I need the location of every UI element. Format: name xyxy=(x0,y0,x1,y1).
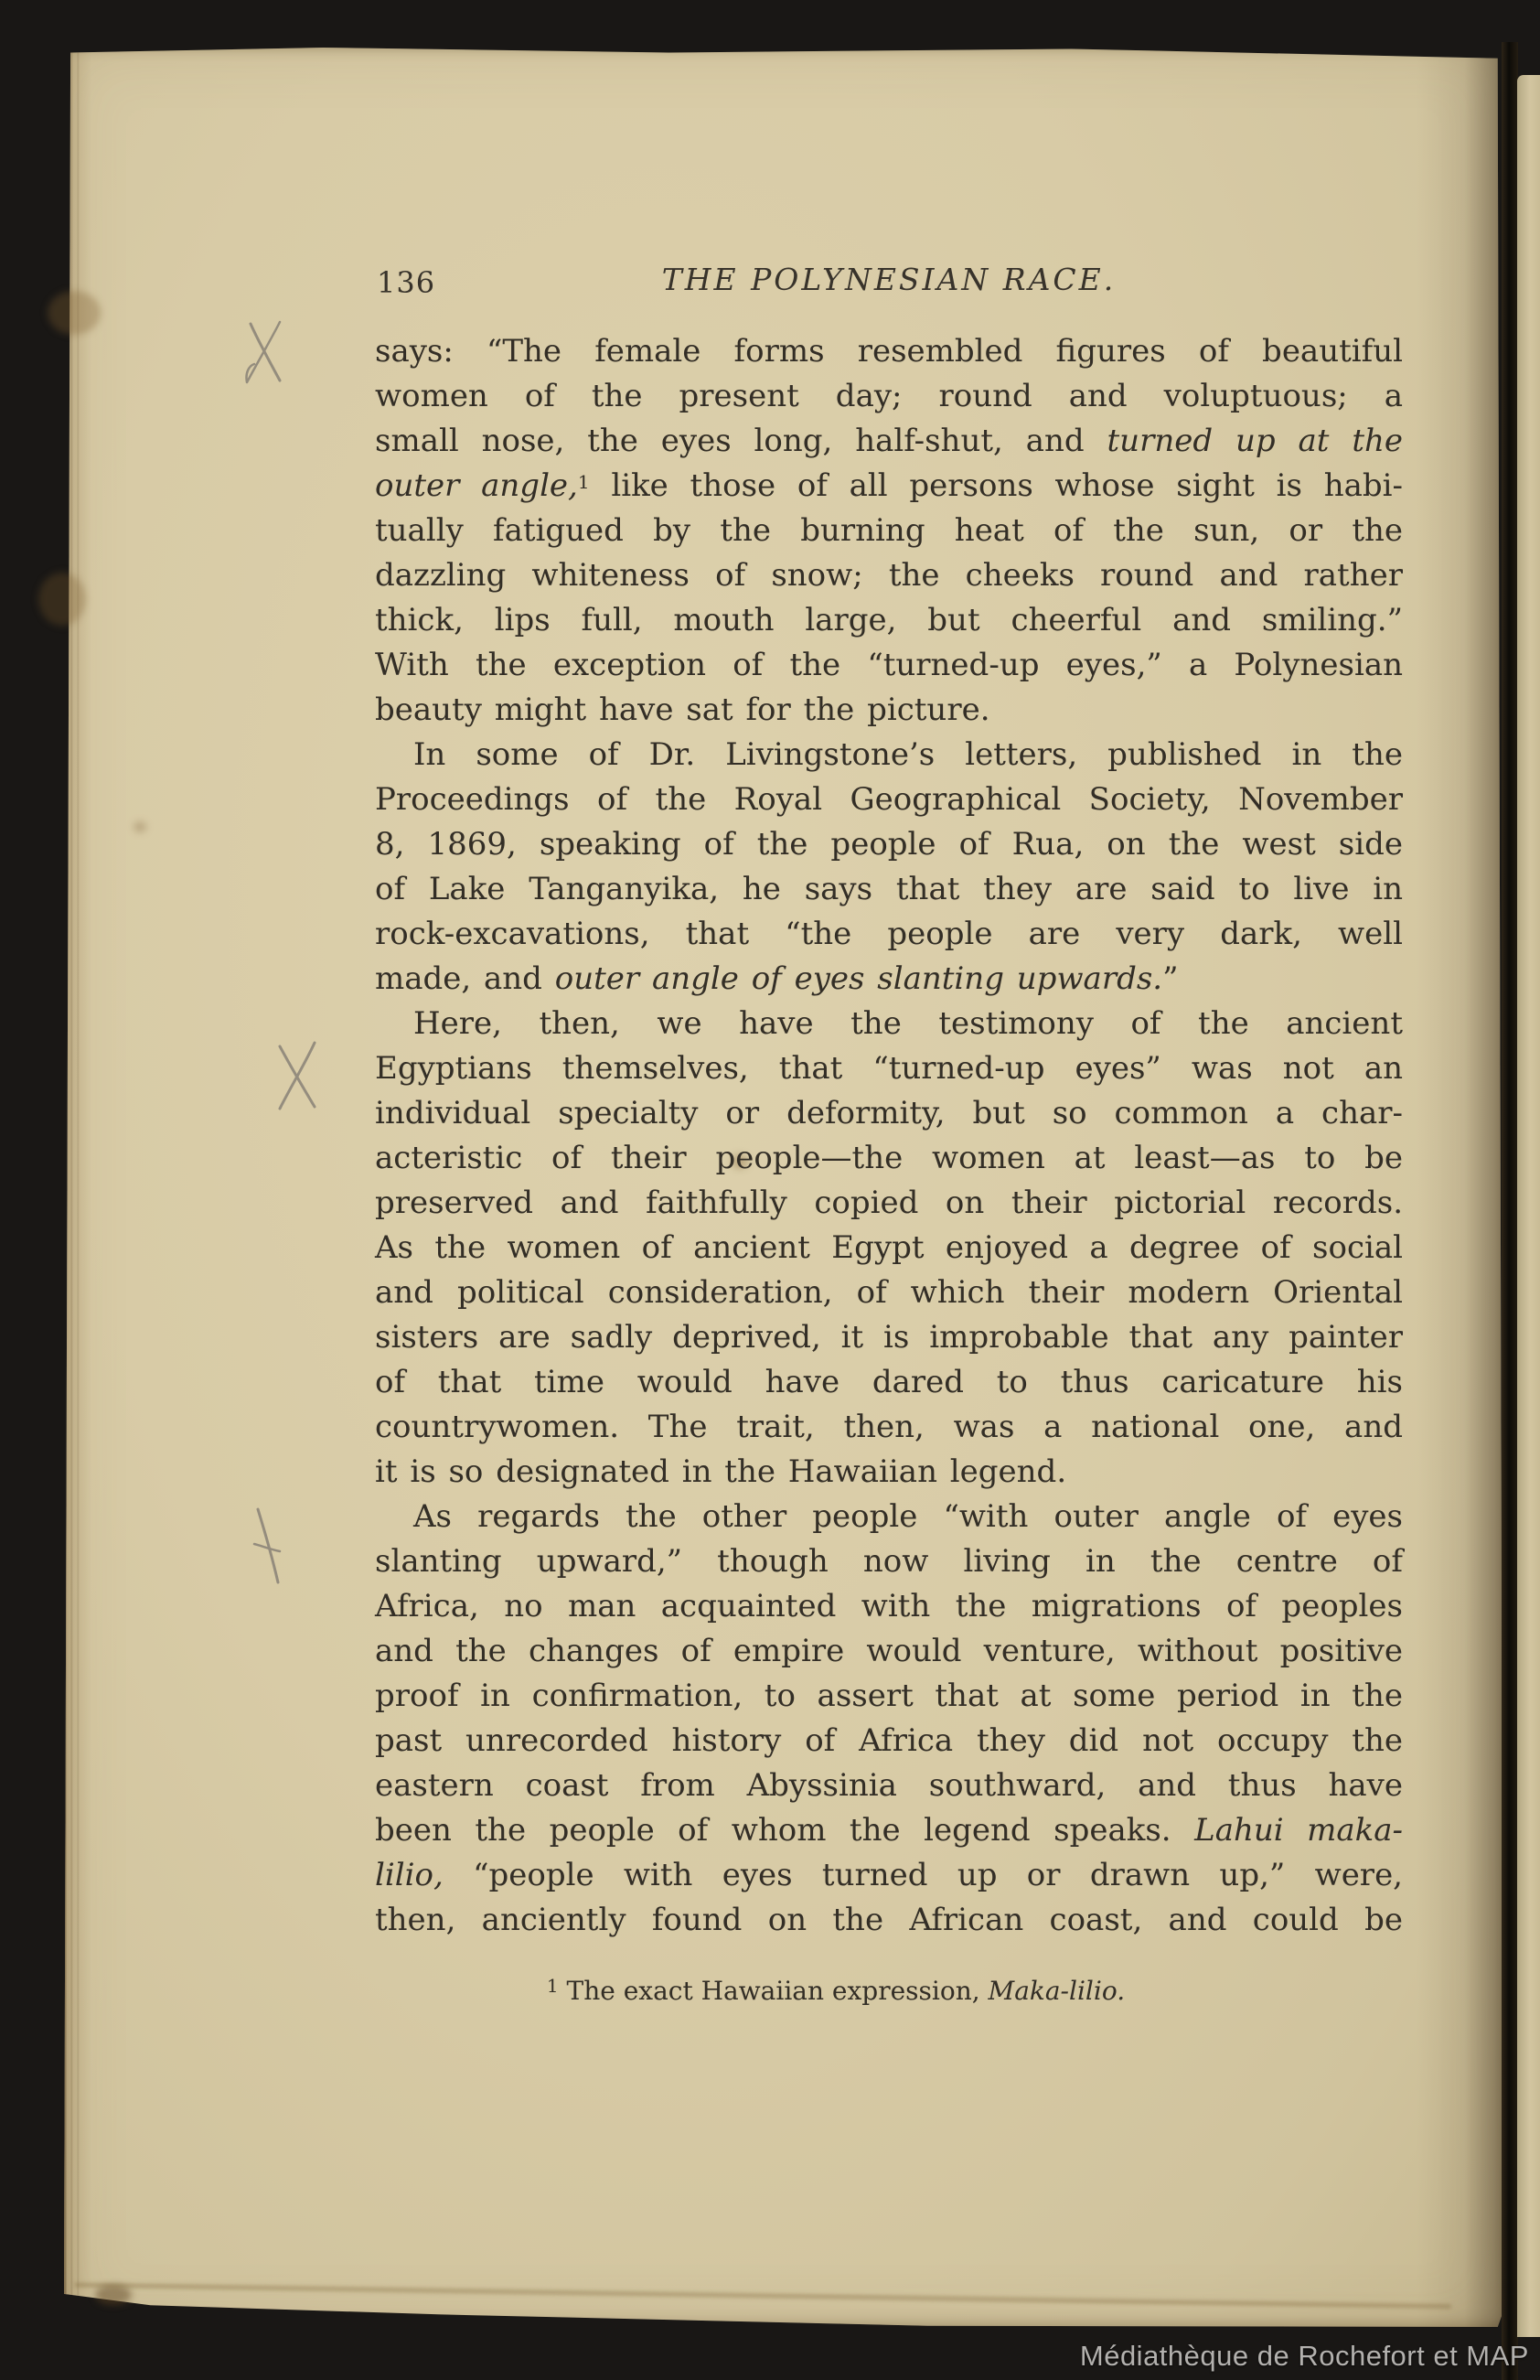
footnote-text: 1 The exact Hawaiian expression, Maka-li… xyxy=(547,1976,1125,2006)
text-line: women of the present day; round and volu… xyxy=(375,374,1403,419)
text-line: tually fatigued by the burning heat of t… xyxy=(375,509,1403,553)
gutter-shadow xyxy=(1417,46,1503,2327)
text-line: proof in confirmation, to assert that at… xyxy=(375,1674,1403,1719)
text-line: With the exception of the “turned-up eye… xyxy=(375,643,1403,688)
text-line: As regards the other people “with outer … xyxy=(375,1495,1403,1539)
text-line: rock-excavations, that “the people are v… xyxy=(375,912,1403,957)
text-line: 8, 1869, speaking of the people of Rua, … xyxy=(375,822,1403,867)
paper-stain xyxy=(95,2285,132,2305)
library-watermark: Médiathèque de Rochefort et MAP xyxy=(1080,2340,1529,2373)
text-line: lilio, “people with eyes turned up or dr… xyxy=(375,1853,1403,1898)
body-text: says: “The female forms resembled figure… xyxy=(375,329,1403,1943)
text-line: past unrecorded history of Africa they d… xyxy=(375,1719,1403,1764)
text-line: individual specialty or deformity, but s… xyxy=(375,1091,1403,1136)
text-line: it is so designated in the Hawaiian lege… xyxy=(375,1450,1403,1495)
text-line: outer angle,1 like those of all persons … xyxy=(375,464,1403,509)
paragraph: As regards the other people “with outer … xyxy=(375,1495,1403,1943)
paragraph: says: “The female forms resembled figure… xyxy=(375,329,1403,733)
text-line: As the women of ancient Egypt enjoyed a … xyxy=(375,1226,1403,1270)
text-line: Egyptians themselves, that “turned-up ey… xyxy=(375,1046,1403,1091)
text-line: thick, lips full, mouth large, but cheer… xyxy=(375,598,1403,643)
text-line: sisters are sadly deprived, it is improb… xyxy=(375,1315,1403,1360)
text-line: Here, then, we have the testimony of the… xyxy=(375,1002,1403,1046)
footnote: 1 The exact Hawaiian expression, Maka-li… xyxy=(322,1974,1350,2009)
pencil-check-mark xyxy=(251,1504,287,1588)
text-line: In some of Dr. Livingstone’s letters, pu… xyxy=(375,733,1403,777)
text-line: acteristic of their people—the women at … xyxy=(375,1136,1403,1181)
text-line: of that time would have dared to thus ca… xyxy=(375,1360,1403,1405)
paragraph: In some of Dr. Livingstone’s letters, pu… xyxy=(375,733,1403,1002)
text-line: then, anciently found on the African coa… xyxy=(375,1898,1403,1943)
text-line: and the changes of empire would venture,… xyxy=(375,1629,1403,1674)
text-line: slanting upward,” though now living in t… xyxy=(375,1539,1403,1584)
text-line: small nose, the eyes long, half-shut, an… xyxy=(375,419,1403,464)
text-line: Africa, no man acquainted with the migra… xyxy=(375,1584,1403,1629)
page-stack-edges xyxy=(64,46,91,2327)
text-line: made, and outer angle of eyes slanting u… xyxy=(375,957,1403,1002)
binding-crease xyxy=(1502,42,1518,2380)
text-line: says: “The female forms resembled figure… xyxy=(375,329,1403,374)
text-line: preserved and faithfully copied on their… xyxy=(375,1181,1403,1226)
text-line: of Lake Tanganyika, he says that they ar… xyxy=(375,867,1403,912)
running-title: THE POLYNESIAN RACE. xyxy=(375,262,1403,297)
pencil-x-mark xyxy=(274,1037,322,1114)
text-line: been the people of whom the legend speak… xyxy=(375,1808,1403,1853)
paragraph: Here, then, we have the testimony of the… xyxy=(375,1002,1403,1495)
paper-stain xyxy=(48,291,101,335)
pencil-x-mark xyxy=(240,318,293,388)
page-header: 136 THE POLYNESIAN RACE. xyxy=(375,262,1403,302)
text-line: eastern coast from Abyssinia southward, … xyxy=(375,1764,1403,1808)
paper-stain xyxy=(38,573,86,626)
text-line: countrywomen. The trait, then, was a nat… xyxy=(375,1405,1403,1450)
text-line: Proceedings of the Royal Geographical So… xyxy=(375,777,1403,822)
paper-stain xyxy=(134,821,146,832)
text-line: beauty might have sat for the picture. xyxy=(375,688,1403,733)
next-page-edge xyxy=(1517,75,1540,2337)
scan-background: { "page": { "number": "136", "header": "… xyxy=(0,0,1540,2380)
text-line: and political consideration, of which th… xyxy=(375,1270,1403,1315)
text-line: dazzling whiteness of snow; the cheeks r… xyxy=(375,553,1403,598)
